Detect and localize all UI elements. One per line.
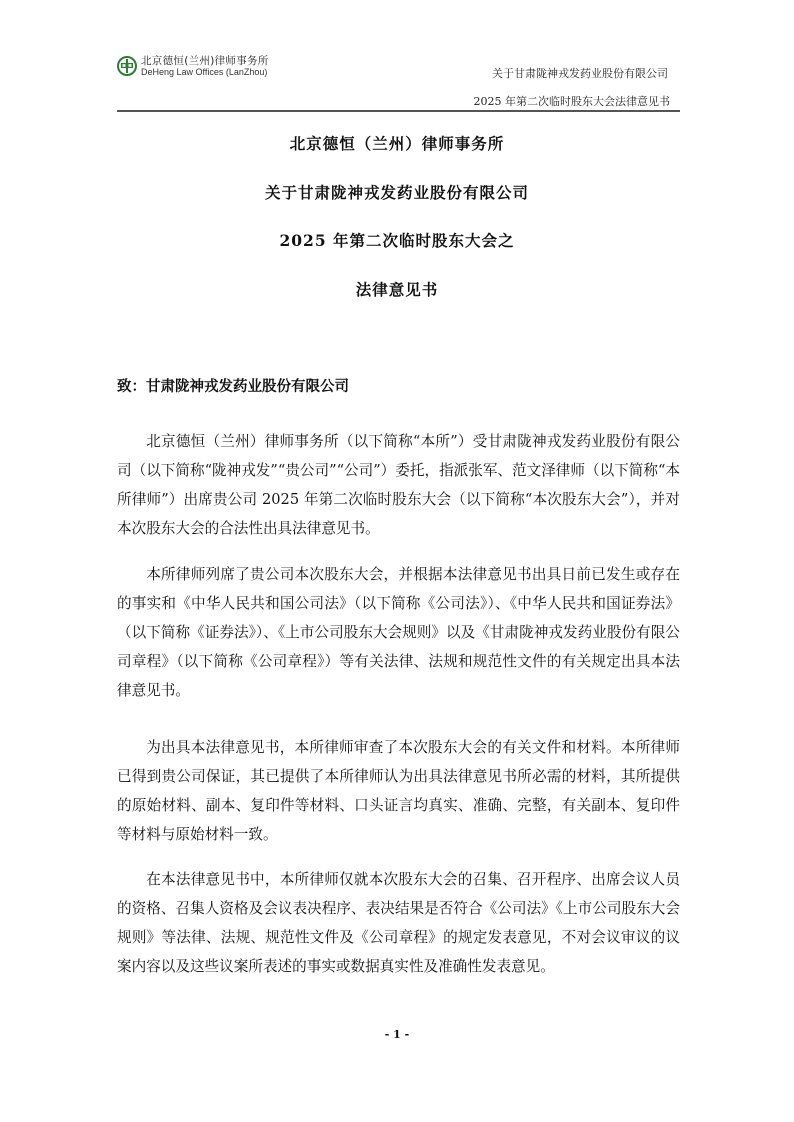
body-paragraph: 北京德恒（兰州）律师事务所（以下简称“本所”）受甘肃陇神戎发药业股份有限公司（以…: [117, 427, 680, 543]
running-header-doc-title: 2025 年第二次临时股东大会法律意见书: [474, 93, 671, 109]
law-firm-logo-icon: [117, 56, 137, 76]
body-paragraph: 在本法律意见书中，本所律师仅就本次股东大会的召集、召开程序、出席会议人员的资格、…: [117, 865, 680, 981]
firm-logo: 北京德恒(兰州)律师事务所 DeHeng Law Offices (LanZho…: [117, 55, 269, 77]
title-line-doc-type: 法律意见书: [0, 278, 794, 300]
title-line-meeting: 2025 年第二次临时股东大会之: [0, 229, 794, 251]
title-line-firm: 北京德恒（兰州）律师事务所: [0, 132, 794, 154]
addressee: 致：甘肃陇神戎发药业股份有限公司: [117, 375, 349, 396]
body-paragraph: 本所律师列席了贵公司本次股东大会，并根据本法律意见书出具日前已发生或存在的事实和…: [117, 560, 680, 705]
body-paragraph: 为出具本法律意见书，本所律师审查了本次股东大会的有关文件和材料。本所律师已得到贵…: [117, 733, 680, 849]
firm-name-cn: 北京德恒(兰州)律师事务所: [141, 55, 269, 67]
firm-name-en: DeHeng Law Offices (LanZhou): [141, 67, 269, 77]
title-line-company: 关于甘肃陇神戎发药业股份有限公司: [0, 181, 794, 203]
header-divider: [117, 110, 680, 112]
page-number: - 1 -: [0, 1028, 794, 1041]
running-header-company: 关于甘肃陇神戎发药业股份有限公司: [492, 65, 668, 81]
